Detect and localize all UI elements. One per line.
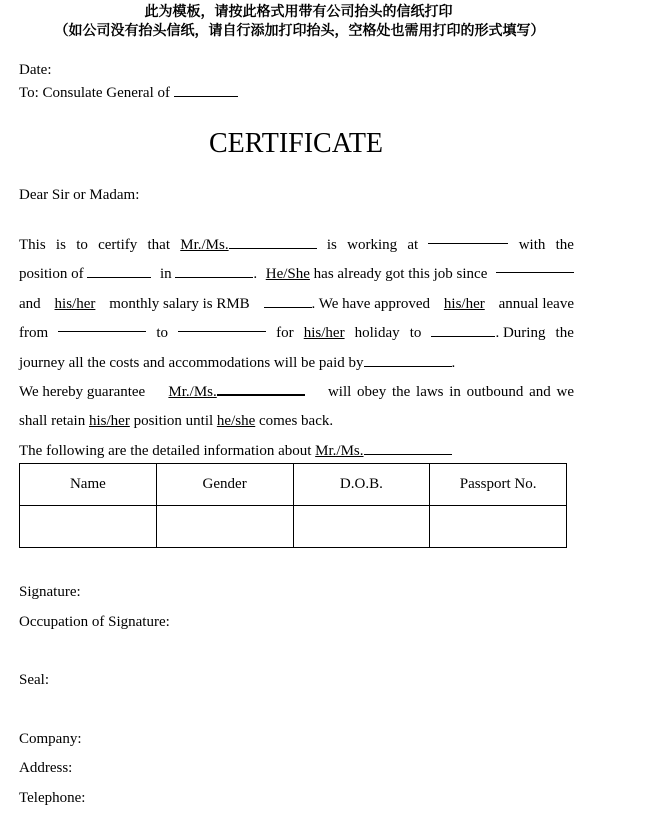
company-blank[interactable] [428, 231, 508, 244]
pronoun-his-her: his/her [89, 413, 130, 429]
column-header-gender: Gender [156, 464, 293, 506]
pronoun-his-her: his/her [444, 290, 485, 319]
template-notice-line-1: 此为模板，请按此格式用带有公司抬头的信纸打印 [0, 1, 631, 21]
body-row-3: and his/her monthly salary is RMB . We h… [19, 290, 574, 319]
date-label: Date: [19, 62, 51, 79]
pronoun-his-her: his/her [304, 319, 345, 348]
department-blank[interactable] [175, 265, 253, 278]
destination-blank[interactable] [431, 324, 495, 337]
title-mr-ms: Mr./Ms. [180, 237, 228, 253]
table-row [20, 506, 567, 548]
address-label: Address: [19, 760, 72, 777]
body-row-7: shall retain his/her position until he/s… [19, 407, 574, 436]
table-header-row: Name Gender D.O.B. Passport No. [20, 464, 567, 506]
seal-label: Seal: [19, 672, 49, 689]
body-row-8: The following are the detailed informati… [19, 437, 574, 466]
passport-cell[interactable] [430, 506, 567, 548]
guarantee-name-blank[interactable] [217, 382, 305, 396]
pronoun-he-she: he/she [217, 413, 255, 429]
recipient-line: To: Consulate General of [19, 84, 238, 102]
leave-to-blank[interactable] [178, 319, 266, 332]
recipient-label: To: Consulate General of [19, 85, 174, 101]
document-title: CERTIFICATE [0, 128, 592, 160]
telephone-label: Telephone: [19, 790, 85, 807]
paid-by-blank[interactable] [364, 354, 452, 367]
leave-from-blank[interactable] [58, 319, 146, 332]
column-header-name: Name [20, 464, 157, 506]
template-notice-line-2: （如公司没有抬头信纸，请自行添加打印抬头，空格处也需用打印的形式填写） [0, 20, 632, 40]
body-row-4: from to for his/her holiday to . During … [19, 319, 574, 348]
title-mr-ms: Mr./Ms. [168, 384, 216, 400]
body-row-6: We hereby guarantee Mr./Ms. will obey th… [19, 378, 574, 407]
start-date-blank[interactable] [496, 260, 574, 273]
salutation: Dear Sir or Madam: [19, 187, 139, 204]
signature-label: Signature: [19, 584, 81, 601]
employee-name-blank[interactable] [229, 236, 317, 249]
gender-cell[interactable] [156, 506, 293, 548]
name-cell[interactable] [20, 506, 157, 548]
column-header-dob: D.O.B. [293, 464, 430, 506]
pronoun-his-her: his/her [55, 290, 96, 319]
company-label: Company: [19, 731, 82, 748]
pronoun-he-she: He/She [266, 266, 310, 282]
title-mr-ms: Mr./Ms. [315, 443, 363, 459]
salary-blank[interactable] [264, 295, 312, 308]
certificate-body: This is to certify that Mr./Ms. is worki… [19, 231, 574, 466]
dob-cell[interactable] [293, 506, 430, 548]
position-blank[interactable] [87, 265, 151, 278]
occupation-label: Occupation of Signature: [19, 614, 170, 631]
consulate-blank[interactable] [174, 84, 238, 97]
body-row-5: journey all the costs and accommodations… [19, 349, 574, 378]
column-header-passport: Passport No. [430, 464, 567, 506]
body-row-2: position of in . He/She has already got … [19, 260, 574, 289]
details-name-blank[interactable] [364, 442, 452, 455]
body-row-1: This is to certify that Mr./Ms. is worki… [19, 231, 574, 260]
applicant-info-table: Name Gender D.O.B. Passport No. [19, 463, 567, 548]
